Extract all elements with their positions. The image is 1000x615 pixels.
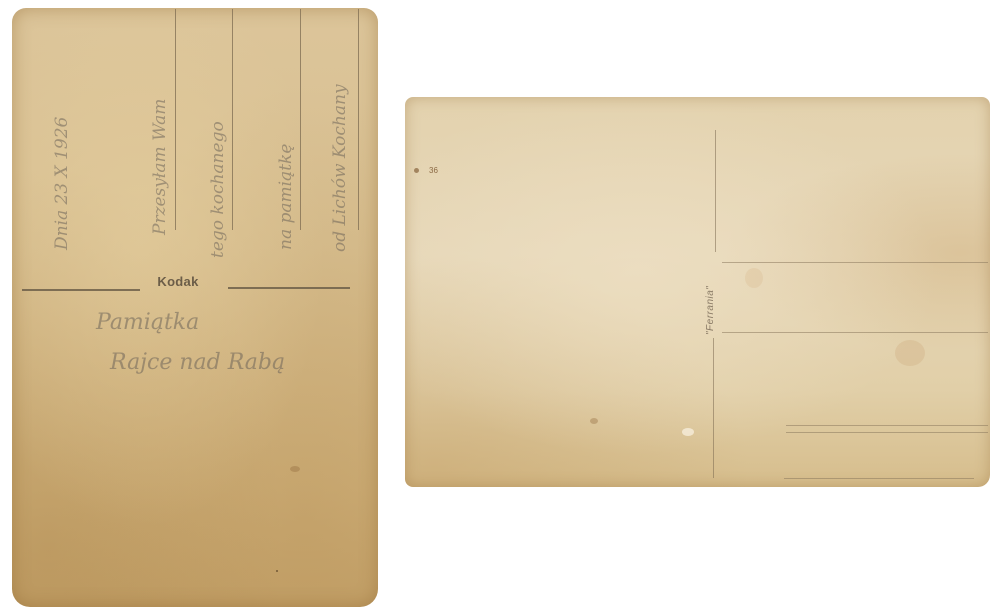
divider-line-3 [300, 9, 301, 230]
postcard-back-right [405, 97, 990, 487]
address-line-5 [784, 478, 974, 479]
handwriting-line-3: tego kochanego [208, 121, 228, 258]
postcard-back-left [12, 8, 378, 607]
handwriting-line-2: Przesyłam Wam [150, 99, 170, 235]
stain-spot [745, 268, 763, 288]
handwriting-bottom-1: Pamiątka [96, 310, 199, 335]
corner-mark: 36 [414, 166, 438, 175]
divider-line-1 [175, 9, 176, 230]
ferrania-logo: "Ferrania" [705, 286, 716, 335]
address-line-2 [722, 332, 988, 333]
kodak-logo: Kodak [143, 274, 213, 289]
handwriting-line-5: od Lichów Kochany [330, 84, 350, 252]
stain-spot [682, 428, 694, 436]
handwriting-bottom-2: Rajce nad Rabą [110, 350, 285, 375]
handwriting-line-4: na pamiątkę [276, 144, 296, 250]
kodak-divider-right [228, 287, 350, 289]
center-divider-bottom [713, 338, 714, 478]
stain-spot [276, 570, 278, 572]
stain-spot [590, 418, 598, 424]
stain-spot [290, 466, 300, 472]
center-divider-top [715, 130, 716, 252]
address-line-4 [786, 432, 988, 433]
address-line-1 [722, 262, 988, 263]
kodak-divider-left [22, 289, 140, 291]
divider-line-2 [232, 9, 233, 230]
handwriting-line-1: Dnia 23 X 1926 [52, 117, 72, 250]
address-line-3 [786, 425, 988, 426]
divider-line-4 [358, 9, 359, 230]
stain-spot [895, 340, 925, 366]
